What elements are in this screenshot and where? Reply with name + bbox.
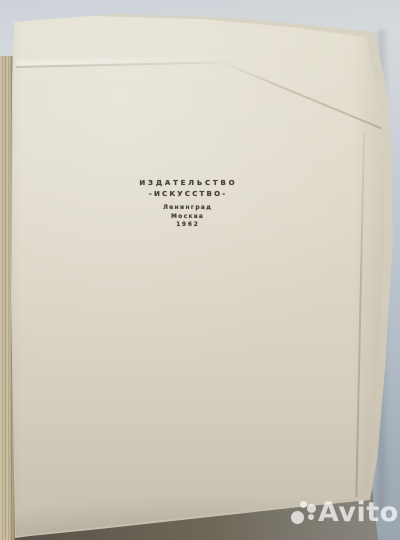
book-photo: ИЗДАТЕЛЬСТВО -ИСКУССТВО- Ленинград Москв… bbox=[0, 0, 400, 540]
avito-logo-dot-icon bbox=[300, 501, 307, 508]
avito-brand-text: Avito bbox=[318, 499, 400, 529]
avito-logo-dot-icon bbox=[308, 514, 314, 520]
avito-logo-dot-icon bbox=[291, 511, 304, 524]
avito-watermark: Avito bbox=[0, 0, 400, 540]
avito-logo-dot-icon bbox=[307, 504, 316, 513]
